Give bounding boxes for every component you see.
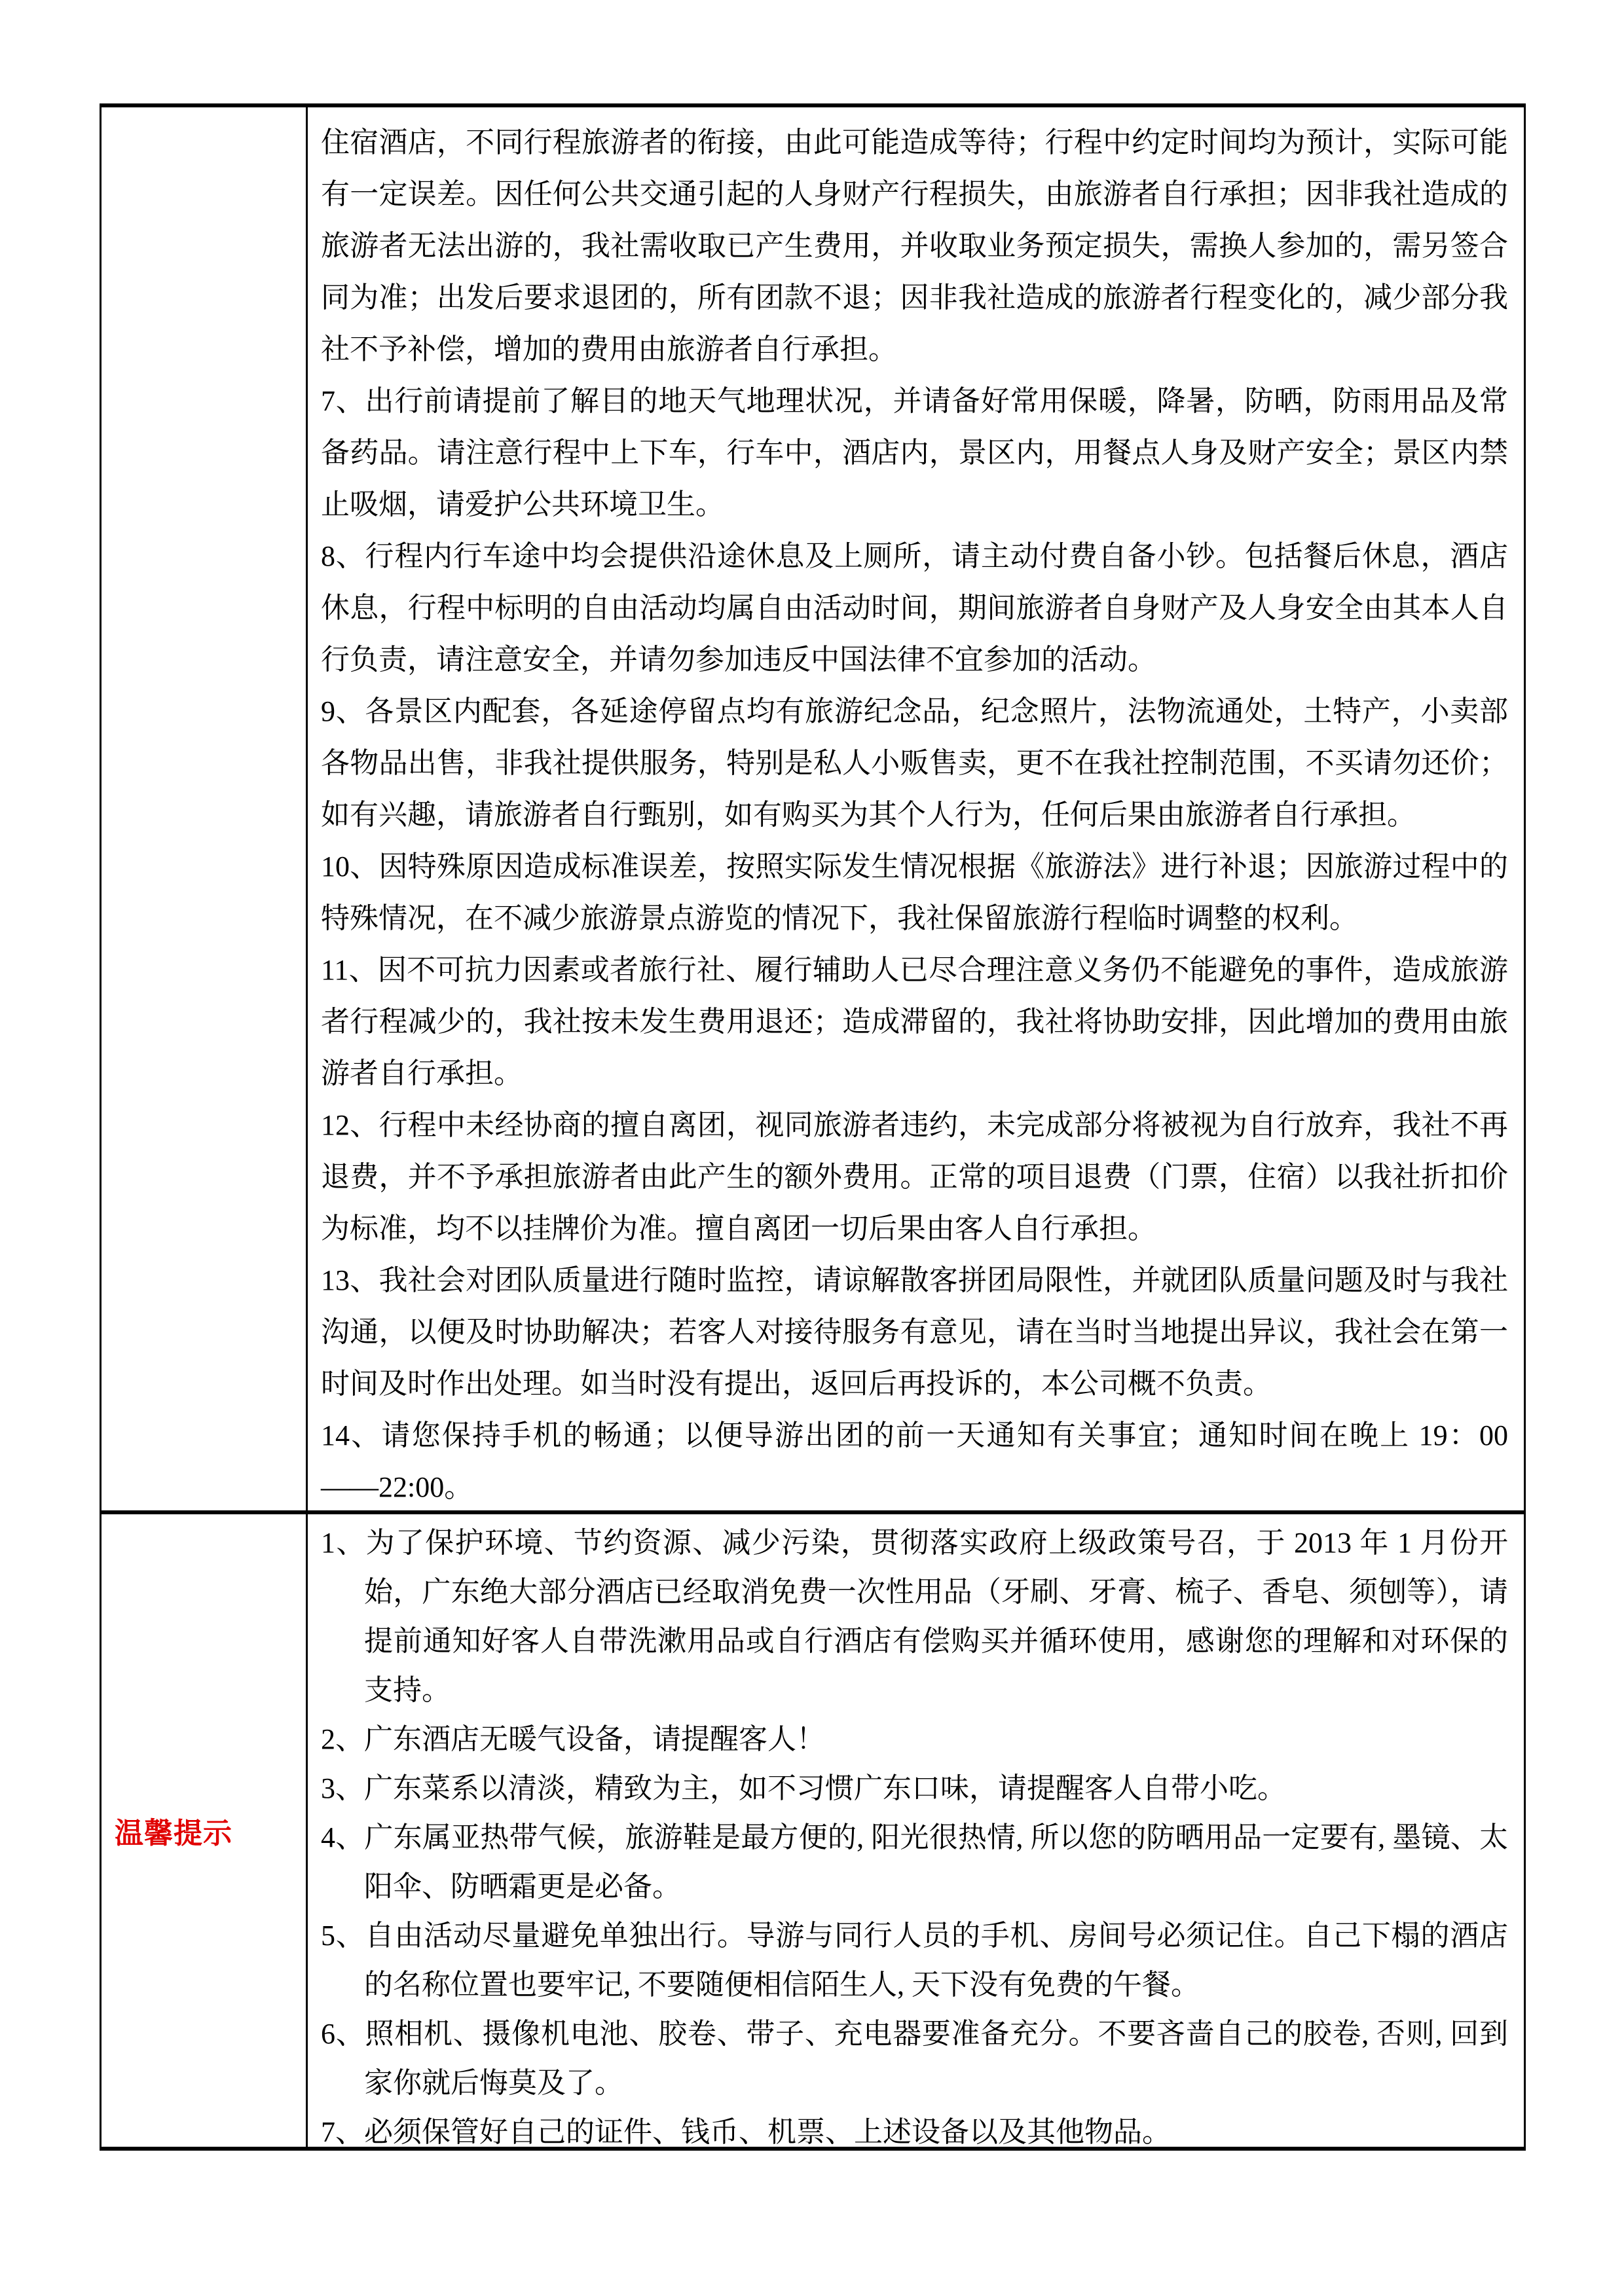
row1-label-cell [101, 107, 308, 1510]
row2-label-cell: 温馨提示 [101, 1514, 308, 2147]
row1-content-cell: 住宿酒店，不同行程旅游者的衔接，由此可能造成等待；行程中约定时间均为预计，实际可… [308, 107, 1524, 1510]
table-row-notes-continued: 住宿酒店，不同行程旅游者的衔接，由此可能造成等待；行程中约定时间均为预计，实际可… [101, 107, 1524, 1514]
paragraph: 7、必须保管好自己的证件、钱币、机票、上述设备以及其他物品。 [321, 2107, 1508, 2147]
notes-table: 住宿酒店，不同行程旅游者的衔接，由此可能造成等待；行程中约定时间均为预计，实际可… [100, 103, 1526, 2151]
paragraph: 2、广东酒店无暖气设备，请提醒客人！ [321, 1715, 1508, 1764]
document-page: 住宿酒店，不同行程旅游者的衔接，由此可能造成等待；行程中约定时间均为预计，实际可… [0, 0, 1624, 2296]
paragraph: 住宿酒店，不同行程旅游者的衔接，由此可能造成等待；行程中约定时间均为预计，实际可… [321, 117, 1508, 375]
paragraph: 4、广东属亚热带气候，旅游鞋是最方便的, 阳光很热情, 所以您的防晒用品一定要有… [321, 1813, 1508, 1911]
paragraph: 1、为了保护环境、节约资源、减少污染，贯彻落实政府上级政策号召，于 2013 年… [321, 1518, 1508, 1715]
paragraph: 13、我社会对团队质量进行随时监控，请谅解散客拼团局限性，并就团队质量问题及时与… [321, 1254, 1508, 1410]
paragraph: 10、因特殊原因造成标准误差，按照实际发生情况根据《旅游法》进行补退；因旅游过程… [321, 841, 1508, 944]
paragraph: 11、因不可抗力因素或者旅行社、履行辅助人已尽合理注意义务仍不能避免的事件，造成… [321, 944, 1508, 1099]
paragraph: 14、请您保持手机的畅通；以便导游出团的前一天通知有关事宜；通知时间在晚上 19… [321, 1410, 1508, 1510]
warm-tips-label: 温馨提示 [115, 1810, 232, 1851]
paragraph: 5、自由活动尽量避免单独出行。导游与同行人员的手机、房间号必须记住。自己下榻的酒… [321, 1911, 1508, 2009]
paragraph: 7、出行前请提前了解目的地天气地理状况，并请备好常用保暖，降暑，防晒，防雨用品及… [321, 375, 1508, 530]
paragraph: 3、广东菜系以清淡，精致为主，如不习惯广东口味，请提醒客人自带小吃。 [321, 1764, 1508, 1813]
paragraph: 8、行程内行车途中均会提供沿途休息及上厕所，请主动付费自备小钞。包括餐后休息，酒… [321, 530, 1508, 685]
paragraph: 9、各景区内配套，各延途停留点均有旅游纪念品，纪念照片，法物流通处，土特产，小卖… [321, 685, 1508, 841]
paragraph: 12、行程中未经协商的擅自离团，视同旅游者违约，未完成部分将被视为自行放弃，我社… [321, 1099, 1508, 1254]
paragraph: 6、照相机、摄像机电池、胶卷、带子、充电器要准备充分。不要吝啬自己的胶卷, 否则… [321, 2009, 1508, 2107]
table-row-warm-tips: 温馨提示 1、为了保护环境、节约资源、减少污染，贯彻落实政府上级政策号召，于 2… [101, 1514, 1524, 2147]
row2-content-cell: 1、为了保护环境、节约资源、减少污染，贯彻落实政府上级政策号召，于 2013 年… [308, 1514, 1524, 2147]
